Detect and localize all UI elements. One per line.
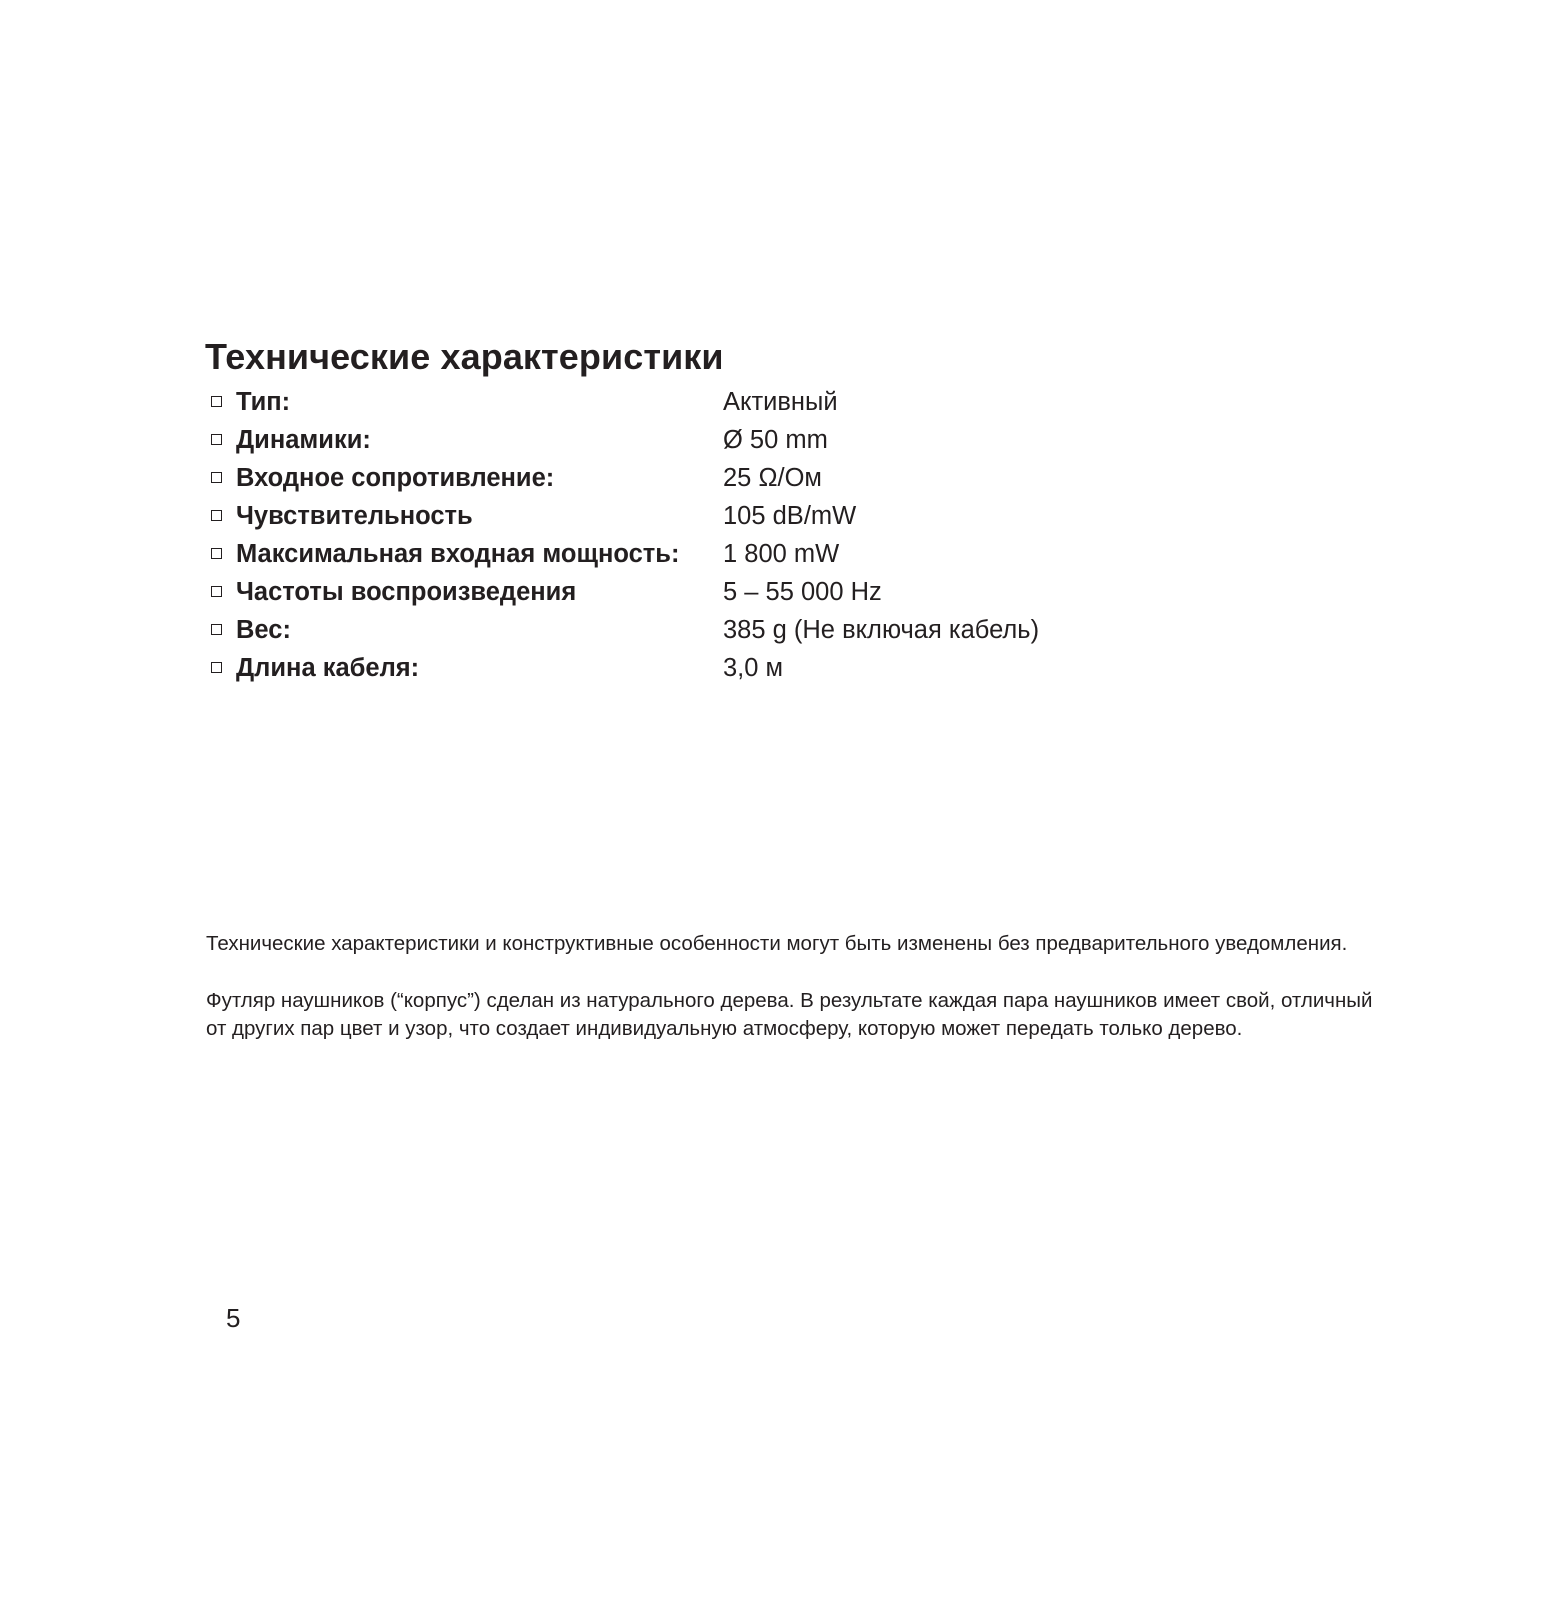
spec-row-impedance: Входное сопротивление: 25 Ω/Ом <box>208 463 1108 501</box>
notes-section: Технические характеристики и конструктив… <box>206 930 1396 1072</box>
spec-row-drivers: Динамики: Ø 50 mm <box>208 425 1108 463</box>
square-bullet-icon <box>211 586 222 597</box>
spec-label: Тип: <box>236 387 290 417</box>
spec-row-type: Тип: Активный <box>208 387 1108 425</box>
spec-label: Максимальная входная мощность: <box>236 539 679 569</box>
square-bullet-icon <box>211 434 222 445</box>
square-bullet-icon <box>211 510 222 521</box>
square-bullet-icon <box>211 396 222 407</box>
spec-row-sensitivity: Чувствительность 105 dB/mW <box>208 501 1108 539</box>
spec-list: Тип: Активный Динамики: Ø 50 mm Входное … <box>208 387 1108 691</box>
page-number: 5 <box>226 1303 240 1333</box>
page-title: Технические характеристики <box>205 336 724 378</box>
spec-row-cable-length: Длина кабеля: 3,0 м <box>208 653 1108 691</box>
square-bullet-icon <box>211 662 222 673</box>
spec-label: Длина кабеля: <box>236 653 419 683</box>
spec-value: 5 – 55 000 Hz <box>723 577 882 607</box>
disclaimer-note: Технические характеристики и конструктив… <box>206 930 1396 959</box>
spec-value: Активный <box>723 387 838 417</box>
spec-value: 1 800 mW <box>723 539 839 569</box>
spec-label: Входное сопротивление: <box>236 463 554 493</box>
spec-value: 385 g (Не включая кабель) <box>723 615 1039 645</box>
spec-value: 105 dB/mW <box>723 501 856 531</box>
spec-value: 3,0 м <box>723 653 783 683</box>
spec-row-max-power: Максимальная входная мощность: 1 800 mW <box>208 539 1108 577</box>
square-bullet-icon <box>211 624 222 635</box>
spec-label: Динамики: <box>236 425 371 455</box>
spec-row-weight: Вес: 385 g (Не включая кабель) <box>208 615 1108 653</box>
spec-row-frequency: Частоты воспроизведения 5 – 55 000 Hz <box>208 577 1108 615</box>
square-bullet-icon <box>211 472 222 483</box>
spec-label: Вес: <box>236 615 291 645</box>
spec-value: 25 Ω/Ом <box>723 463 822 493</box>
wood-housing-note: Футляр наушников (“корпус”) сделан из на… <box>206 987 1396 1044</box>
spec-label: Частоты воспроизведения <box>236 577 576 607</box>
spec-value: Ø 50 mm <box>723 425 828 455</box>
square-bullet-icon <box>211 548 222 559</box>
spec-label: Чувствительность <box>236 501 473 531</box>
